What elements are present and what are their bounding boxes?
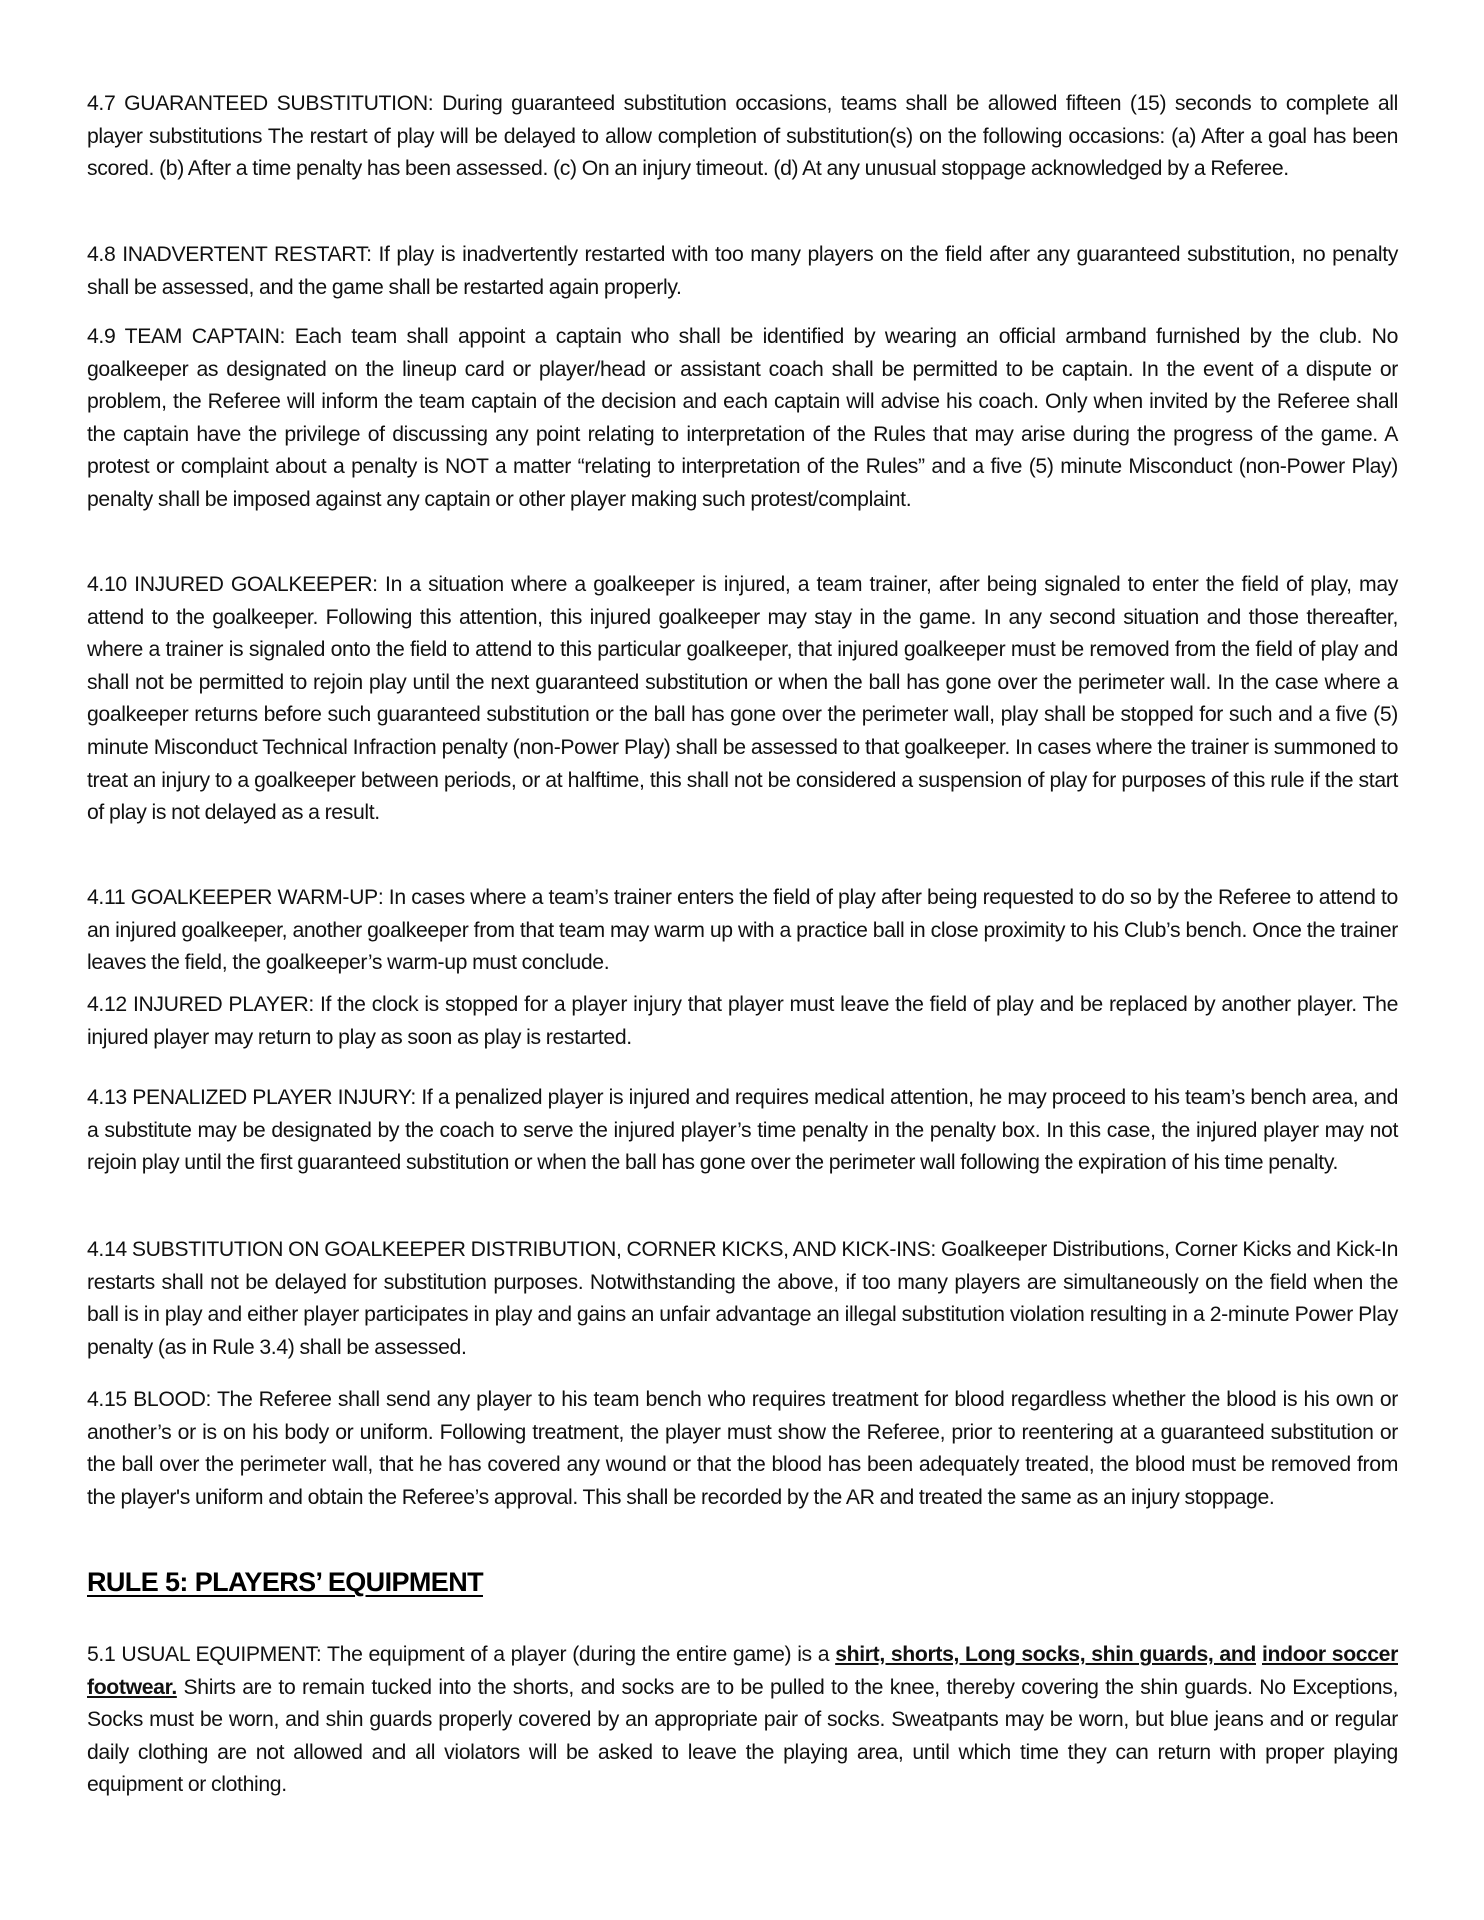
section-4-7-guaranteed-substitution: 4.7 GUARANTEED SUBSTITUTION: During guar… — [87, 88, 1398, 186]
section-4-12-injured-player: 4.12 INJURED PLAYER: If the clock is sto… — [87, 989, 1398, 1054]
required-equipment-list: shirt, shorts, Long socks, shin guards, … — [835, 1643, 1256, 1666]
section-4-9-team-captain: 4.9 TEAM CAPTAIN: Each team shall appoin… — [87, 321, 1398, 517]
section-4-8-inadvertent-restart: 4.8 INADVERTENT RESTART: If play is inad… — [87, 239, 1398, 304]
section-4-14-substitution-on-distribution: 4.14 SUBSTITUTION ON GOALKEEPER DISTRIBU… — [87, 1234, 1398, 1364]
section-5-1-rest: Shirts are to remain tucked into the sho… — [87, 1676, 1398, 1797]
section-5-1-usual-equipment: 5.1 USUAL EQUIPMENT: The equipment of a … — [87, 1639, 1398, 1802]
section-4-10-injured-goalkeeper: 4.10 INJURED GOALKEEPER: In a situation … — [87, 569, 1398, 830]
section-4-15-blood: 4.15 BLOOD: The Referee shall send any p… — [87, 1384, 1398, 1514]
rule-5-heading: RULE 5: PLAYERS’ EQUIPMENT — [87, 1567, 483, 1598]
document-page: 4.7 GUARANTEED SUBSTITUTION: During guar… — [0, 0, 1484, 1920]
section-4-11-goalkeeper-warm-up: 4.11 GOALKEEPER WARM-UP: In cases where … — [87, 882, 1398, 980]
section-5-1-lead: 5.1 USUAL EQUIPMENT: The equipment of a … — [87, 1643, 835, 1666]
section-4-13-penalized-player-injury: 4.13 PENALIZED PLAYER INJURY: If a penal… — [87, 1082, 1398, 1180]
